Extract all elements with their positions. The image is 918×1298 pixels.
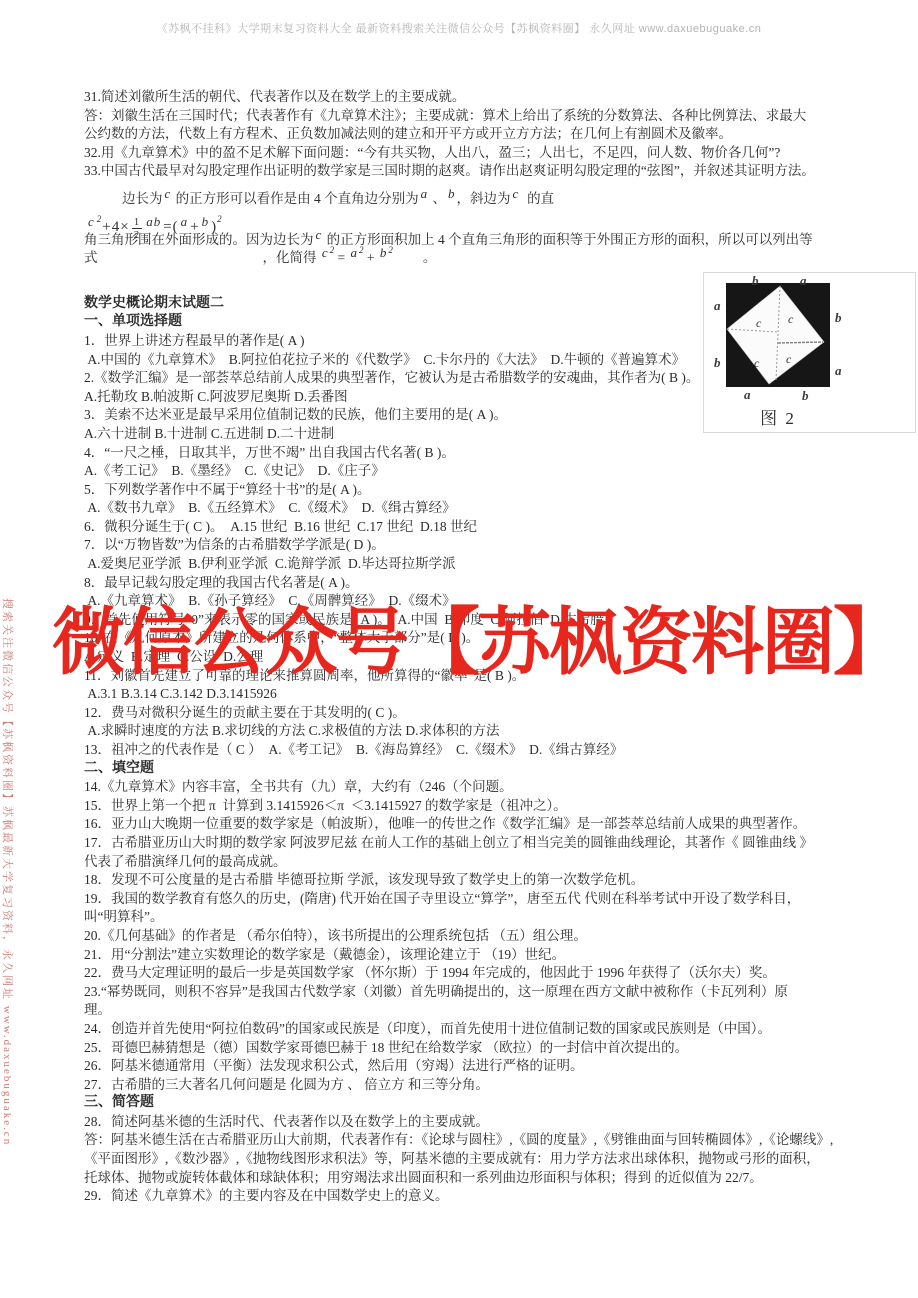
text-fragment: 2 bbox=[97, 214, 103, 224]
text-fragment: ab bbox=[144, 214, 163, 229]
text-fragment: b bbox=[446, 186, 457, 201]
figure-label: a bbox=[835, 364, 842, 377]
text-line: 22．费马大定理证明的最后一步是英国数学家 （怀尔斯）于 1994 年完成的，他… bbox=[84, 964, 852, 983]
text-line: A.爱奥尼亚学派 B.伊利亚学派 C.诡辩学派 D.毕达哥拉斯学派 bbox=[84, 555, 852, 574]
text-line: 17．古希腊亚历山大时期的数学家 阿波罗尼兹 在前人工作的基础上创立了相当完美的… bbox=[84, 834, 852, 853]
text-line: 31.简述刘徽所生活的朝代、代表著作以及在数学上的主要成就。 bbox=[84, 88, 852, 107]
text-line: 20.《几何基础》的作者是 （希尔伯特），该书所提出的公理系统包括 （五）组公理… bbox=[84, 927, 852, 946]
document-page: 《苏枫不挂科》大学期末复习资料大全 最新资料搜索关注微信公众号【苏枫资料圈】 永… bbox=[0, 0, 918, 1298]
figure-label: a bbox=[800, 274, 807, 287]
text-line: 4．“一尺之棰，日取其半，万世不竭” 出自我国古代名著( B )。 bbox=[84, 444, 852, 463]
text-fragment: 2 bbox=[359, 245, 364, 255]
text-fragment: a bbox=[179, 214, 191, 229]
text-fragment: 、 bbox=[429, 191, 446, 206]
text-fragment: + bbox=[364, 250, 378, 265]
text-fragment: ，化简得 bbox=[263, 250, 320, 265]
text-line: 叫“明算科”。 bbox=[84, 908, 852, 927]
text-line: A.《考工记》 B.《墨经》 C.《史记》 D.《庄子》 bbox=[84, 462, 852, 481]
text-line: 16．亚力山大晚期一位重要的数学家是（帕波斯），他唯一的传世之作《数学汇编》是一… bbox=[84, 815, 852, 834]
figure-caption: 图 2 bbox=[726, 404, 830, 429]
text-line: 5．下列数学著作中不属于“算经十书”的是( A )。 bbox=[84, 481, 852, 500]
text-line: 29．简述《九章算术》的主要内容及在中国数学史上的意义。 bbox=[84, 1187, 852, 1206]
text-line: 18．发现不可公度量的是古希腊 毕德哥拉斯 学派，该发现导致了数学史上的第一次数… bbox=[84, 871, 852, 890]
text-line: 答：刘徽生活在三国时代；代表著作有《九章算术注》；主要成就：算术上给出了系统的分… bbox=[84, 107, 852, 126]
text-line: 代表了希腊演绎几何的最高成就。 bbox=[84, 853, 852, 872]
text-line: 10. 在《几何原本》所建立的几何体系中，“整体大于部分”是( D )。 bbox=[84, 629, 852, 648]
figure-label: b bbox=[802, 389, 809, 402]
section-heading: 三、简答题 bbox=[84, 1094, 852, 1113]
text-line: 式，化简得 c2 = a2 + b2。 bbox=[84, 249, 852, 269]
text-line: 24．创造并首先使用“阿拉伯数码”的国家或民族是（印度），而首先使用十进位值制记… bbox=[84, 1020, 852, 1039]
text-fragment: +4× bbox=[102, 219, 129, 235]
text-line: 27．古希腊的三大著名几何问题是 化圆为方 、 倍立方 和三等分角。 bbox=[84, 1076, 852, 1095]
text-line: 25．哥德巴赫猜想是（德）国数学家哥德巴赫于 18 世纪在给数学家 （欧拉）的一… bbox=[84, 1039, 852, 1058]
text-line: 角三角形围在外面形成的。因为边长为c 的正方形面积加上 4 个直角三角形的面积等… bbox=[84, 231, 852, 250]
text-line: 答：阿基米德生活在古希腊亚历山大前期，代表著作有：《论球与圆柱》,《圆的度量》,… bbox=[84, 1131, 852, 1150]
figure-label: b bbox=[752, 274, 759, 287]
pythagorean-diagram: c c c c bbox=[726, 283, 830, 387]
math-formula: c2+4×12ab=(a+b)2 bbox=[86, 216, 223, 241]
text-fragment: ，斜边为 bbox=[457, 191, 511, 206]
text-line: 边长为c 的正方形可以看作是由 4 个直角边分别为a 、b，斜边为c 的直 bbox=[84, 190, 852, 209]
triangle-label-c: c bbox=[754, 356, 760, 370]
text-line: 理。 bbox=[84, 1001, 852, 1020]
text-line: 公约数的方法，代数上有方程术、正负数加减法则的建立和开平方或开立方方法；在几何上… bbox=[84, 125, 852, 144]
text-fragment: 2 bbox=[217, 214, 223, 224]
text-line: A.定义 B.定理 C.公设 D.公理 bbox=[84, 648, 852, 667]
text-fragment: =( bbox=[163, 219, 178, 235]
text-line: 33.中国古代最早对勾股定理作出证明的数学家是三国时期的赵爽。请作出赵爽证明勾股… bbox=[84, 162, 852, 181]
figure-xiantu: c c c c b a a b b a a b 图 2 bbox=[703, 272, 916, 433]
text-line: 15．世界上第一个把 π 计算到 3.1415926＜π ＜3.1415927 … bbox=[84, 797, 852, 816]
text-line: 13．祖冲之的代表作是（ C ） A.《考工记》 B.《海岛算经》 C.《缀术》… bbox=[84, 741, 852, 760]
text-line: A.《数书九章》 B.《五经算术》 C.《缀术》 D.《缉古算经》 bbox=[84, 499, 852, 518]
text-line: A.3.1 B.3.14 C.3.142 D.3.1415926 bbox=[84, 685, 852, 704]
text-line: 23.“幂势既同，则积不容异”是我国古代数学家（刘徽）首先明确提出的，这一原理在… bbox=[84, 983, 852, 1002]
text-fragment: 的正方形可以看作是由 4 个直角边分别为 bbox=[172, 191, 418, 206]
text-fragment: c bbox=[320, 245, 330, 260]
text-line: 26．阿基米德通常用（平衡）法发现求积公式，然后用（穷竭）法进行严格的证明。 bbox=[84, 1057, 852, 1076]
text-fragment: c bbox=[163, 186, 173, 201]
text-line: 9．首先使用符号“0”来表示零的国家或民族是( A )。 A.中国 B.印度 C… bbox=[84, 611, 852, 630]
header-note: 《苏枫不挂科》大学期末复习资料大全 最新资料搜索关注微信公众号【苏枫资料圈】 永… bbox=[0, 20, 918, 36]
text-line: 8．最早记载勾股定理的我国古代名著是( A )。 bbox=[84, 574, 852, 593]
text-fragment: 的直 bbox=[520, 191, 554, 206]
triangle-label-c: c bbox=[786, 352, 792, 366]
text-fragment: c bbox=[511, 186, 521, 201]
text-fragment: 边长为 bbox=[122, 191, 163, 206]
divider-line-right bbox=[778, 342, 823, 343]
text-line: 28．简述阿基米德的生活时代、代表著作以及在数学上的主要成就。 bbox=[84, 1113, 852, 1132]
text-line: 7．以“万物皆数”为信条的古希腊数学学派是( D )。 bbox=[84, 536, 852, 555]
figure-label: a bbox=[744, 388, 751, 401]
text-fragment: b bbox=[378, 245, 389, 260]
text-line: 14.《九章算术》内容丰富，全书共有（九）章，大约有（246（个问题。 bbox=[84, 778, 852, 797]
text-fragment: + bbox=[190, 219, 199, 235]
text-line: 《平面图形》,《数沙器》,《抛物线图形求积法》等，阿基米德的主要成就有：用力学方… bbox=[84, 1150, 852, 1169]
text-line: A.求瞬时速度的方法 B.求切线的方法 C.求极值的方法 D.求体积的方法 bbox=[84, 722, 852, 741]
figure-label: a bbox=[714, 299, 721, 312]
text-line: 12．费马对微积分诞生的贡献主要在于其发明的( C )。 bbox=[84, 704, 852, 723]
text-line: 托球体、抛物或旋转体截体和球缺体积；用穷竭法求出圆面积和一系列曲边形面积与体积；… bbox=[84, 1169, 852, 1188]
text-fragment: 2 bbox=[388, 245, 393, 255]
text-fragment: b bbox=[200, 214, 212, 229]
triangle-label-c: c bbox=[756, 316, 762, 330]
figure-label: b bbox=[835, 311, 842, 324]
text-line: 19．我国的数学教育有悠久的历史，(隋唐) 代开始在国子寺里设立“算学”，唐至五… bbox=[84, 890, 852, 909]
text-fragment: a bbox=[349, 245, 360, 260]
figure-label: b bbox=[714, 356, 721, 369]
text-line: 11．刘徽首先建立了可靠的理论来推算圆周率，他所算得的“徽率”是( B )。 bbox=[84, 667, 852, 686]
document-body: 31.简述刘徽所生活的朝代、代表著作以及在数学上的主要成就。答：刘徽生活在三国时… bbox=[84, 88, 852, 1206]
text-fragment: 的正方形面积加上 4 个直角三角形的面积等于外围正方形的面积，所以可以列出等 bbox=[323, 232, 812, 247]
text-fragment: 12 bbox=[132, 216, 143, 241]
text-fragment: = bbox=[334, 250, 348, 265]
section-heading: 二、填空题 bbox=[84, 760, 852, 779]
text-fragment: 2 bbox=[330, 245, 335, 255]
text-line: A.《九章算术》 B.《孙子算经》 C.《周髀算经》 D.《缀术》 bbox=[84, 592, 852, 611]
text-fragment: c bbox=[314, 227, 324, 242]
triangle-label-c: c bbox=[788, 312, 794, 326]
text-fragment: a bbox=[419, 186, 430, 201]
text-line: 21．用“分割法”建立实数理论的数学家是（戴德金），该理论建立于 （19）世纪。 bbox=[84, 946, 852, 965]
side-watermark: 搜索关注微信公众号【苏枫资料圈】苏枫最新大学复习资料，永久网址 www.daxu… bbox=[0, 598, 16, 1146]
text-line: 32.用《九章算术》中的盈不足术解下面问题：“今有共买物，人出八，盈三；人出七，… bbox=[84, 144, 852, 163]
text-line: 6．微积分诞生于( C )。 A.15 世纪 B.16 世纪 C.17 世纪 D… bbox=[84, 518, 852, 537]
text-fragment: 。 bbox=[423, 250, 437, 265]
text-fragment: c bbox=[86, 214, 97, 229]
text-fragment: 式 bbox=[84, 250, 98, 265]
